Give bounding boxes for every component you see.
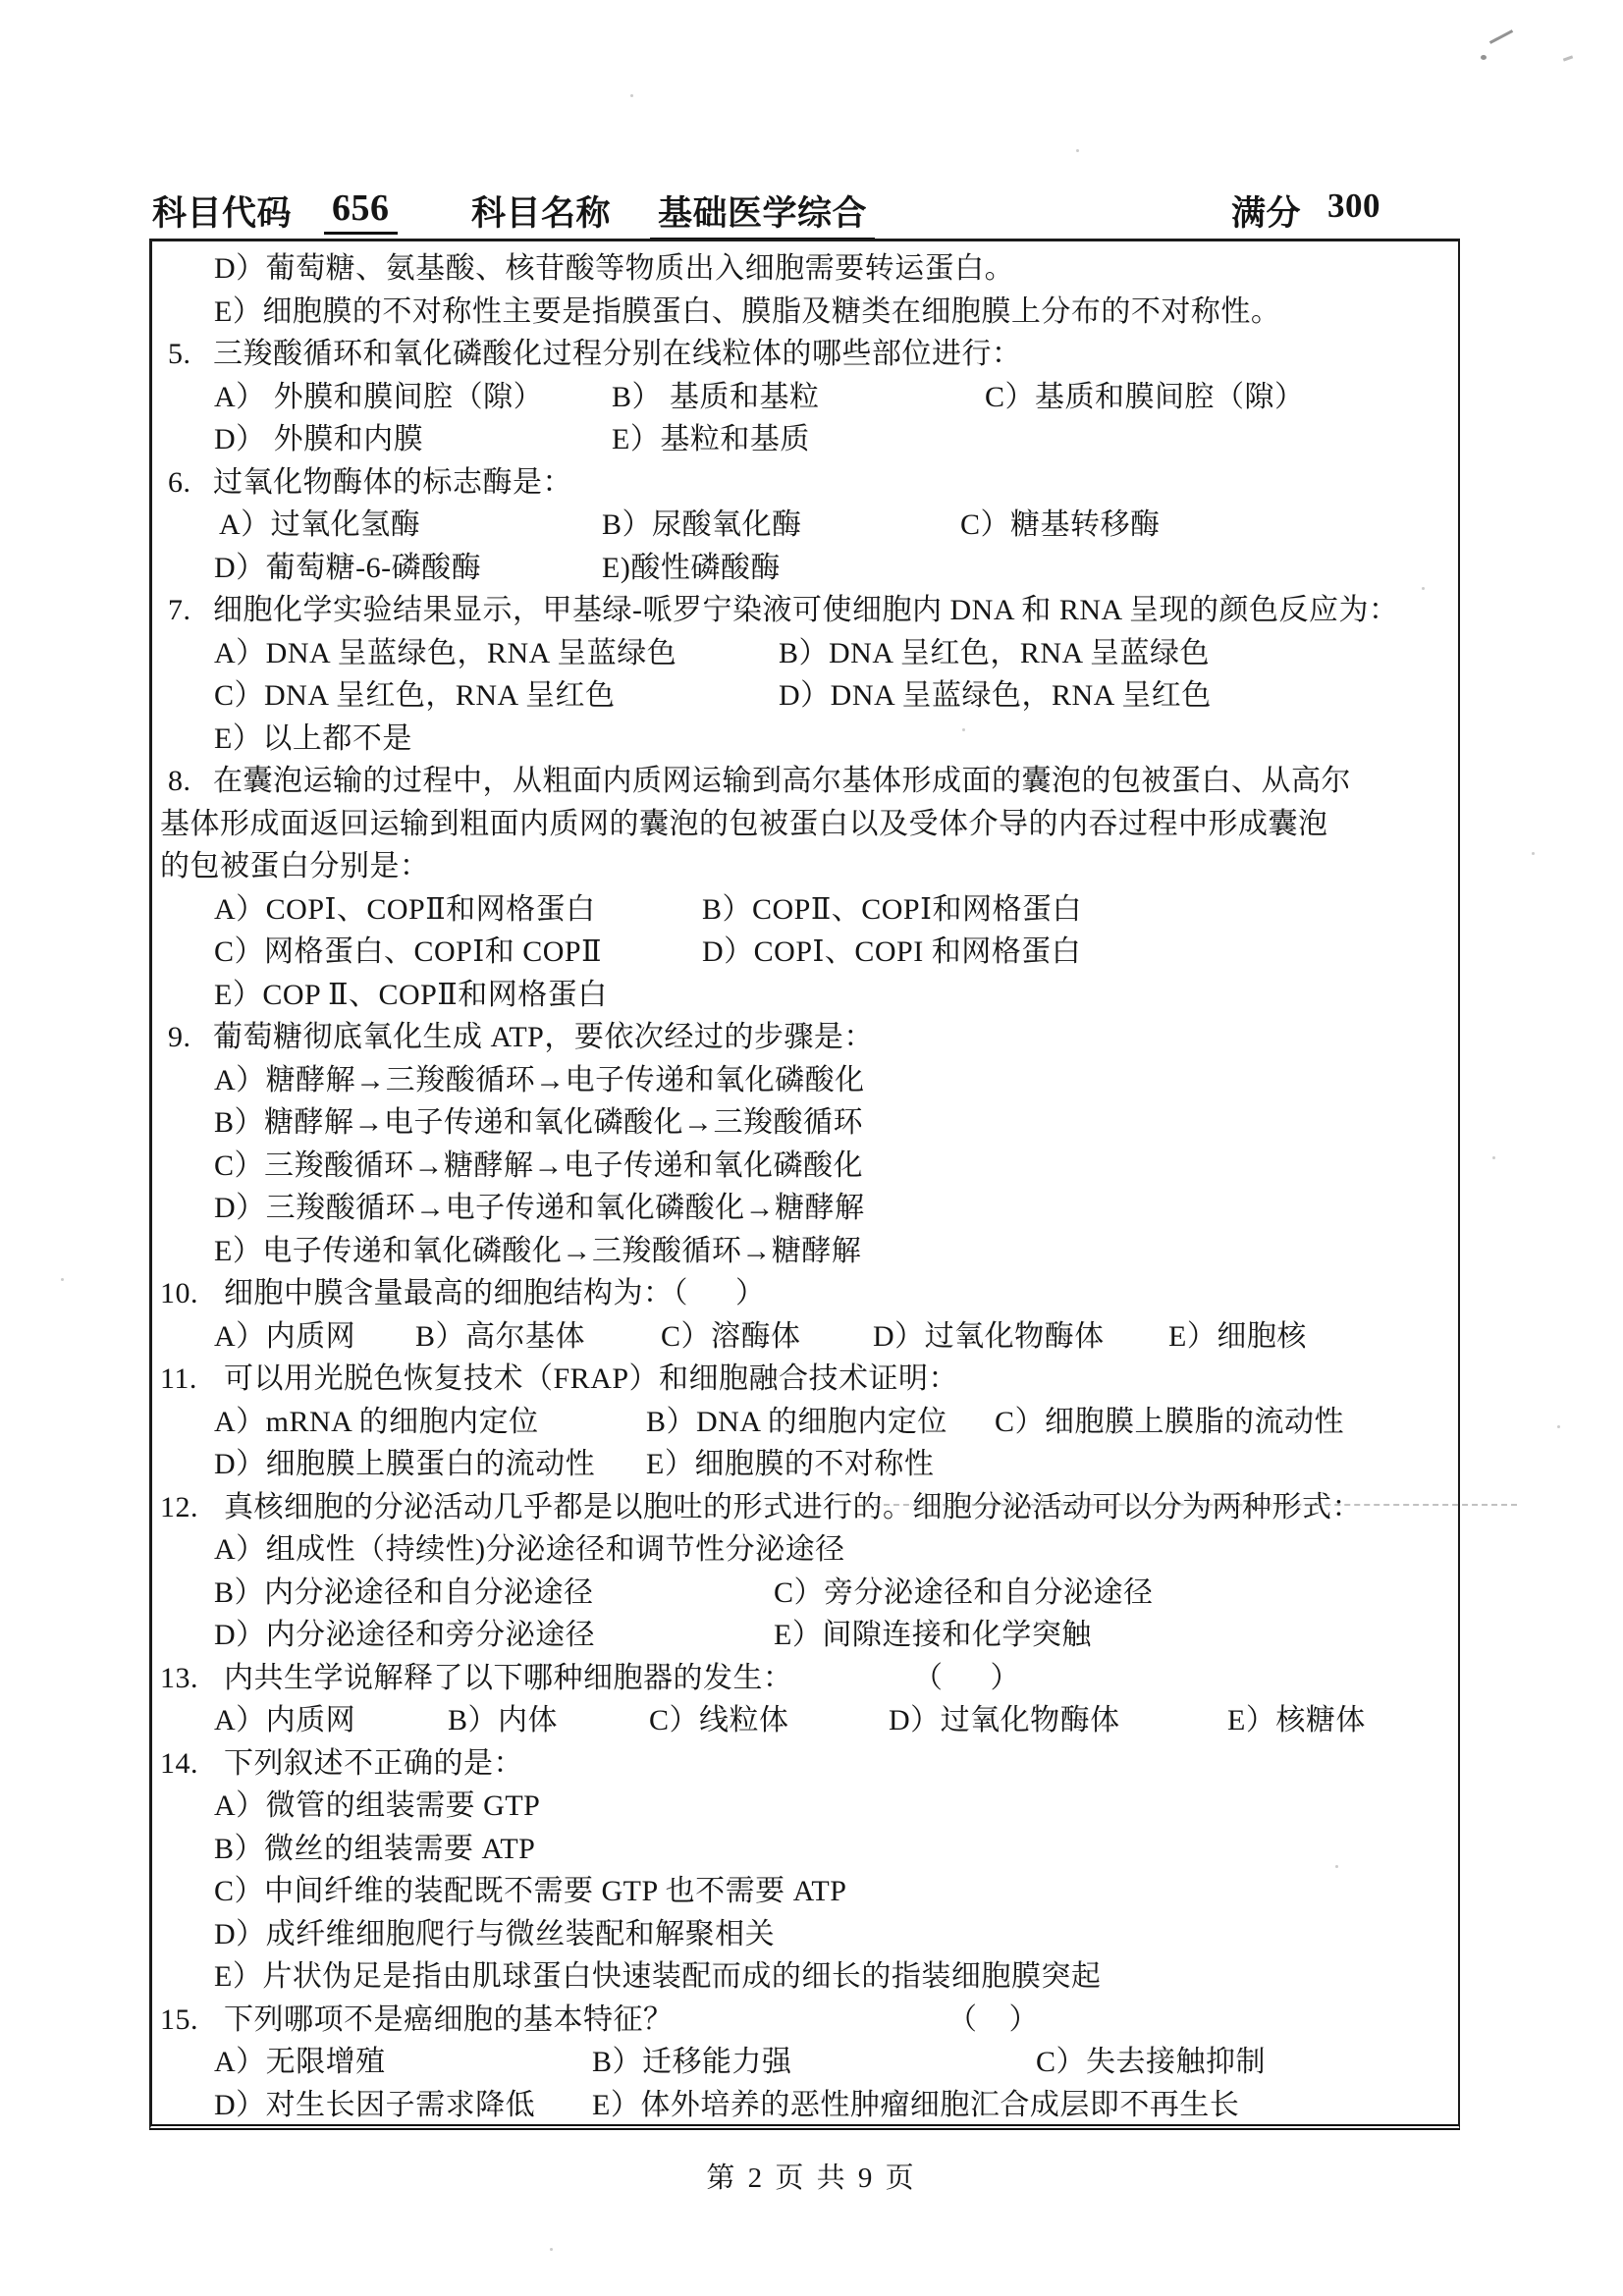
question-15-answer-blank: （ ） — [947, 1999, 1039, 2042]
question-12-option-e: E）间隙连接和化学突触 — [774, 1614, 1092, 1657]
question-6-option-e: E)酸性磷酸酶 — [602, 547, 781, 590]
carryover-option-e-line: E）细胞膜的不对称性主要是指膜蛋白、膜脂及糖类在细胞膜上分布的不对称性。 — [152, 291, 1458, 334]
question-13-option-c: C）线粒体 — [649, 1699, 789, 1742]
question-6-option-a: A）过氧化氢酶 — [219, 504, 420, 547]
question-7-option-c: C）DNA 呈红色，RNA 呈红色 — [214, 674, 616, 718]
question-5-option-c: C）基质和膜间腔（隙） — [985, 376, 1305, 419]
question-5-number: 5. — [168, 333, 191, 376]
question-14-option-b-line: B）微丝的组装需要 ATP — [152, 1828, 1458, 1871]
question-13-option-a: A）内质网 — [214, 1699, 355, 1742]
question-11-option-d: D）细胞膜上膜蛋白的流动性 — [214, 1443, 595, 1486]
question-7-stem: 细胞化学实验结果显示，甲基绿-哌罗宁染液可使细胞内 DNA 和 RNA 呈现的颜… — [213, 589, 1399, 632]
question-13-number: 13. — [160, 1657, 198, 1700]
question-5-option-a: A） 外膜和膜间腔（隙） — [214, 376, 543, 419]
question-9-option-a-line: A）糖酵解→三羧酸循环→电子传递和氧化磷酸化 — [152, 1059, 1458, 1102]
question-5-stem-line: 5. 三羧酸循环和氧化磷酸化过程分别在线粒体的哪些部位进行： — [152, 333, 1458, 376]
scan-speck — [1492, 1156, 1495, 1159]
question-9-option-a: A）糖酵解→三羧酸循环→电子传递和氧化磷酸化 — [214, 1059, 865, 1102]
question-6-option-b: B）尿酸氧化酶 — [602, 504, 802, 547]
question-5-options-row-2: D） 外膜和内膜 E）基粒和基质 — [152, 418, 1458, 461]
scan-speck — [1335, 1865, 1338, 1868]
full-score-label: 满分 — [1231, 187, 1301, 236]
question-7-options-row-1: A）DNA 呈蓝绿色，RNA 呈蓝绿色 B）DNA 呈红色，RNA 呈蓝绿色 — [152, 632, 1458, 675]
question-9-option-d: D）三羧酸循环→电子传递和氧化磷酸化→糖酵解 — [214, 1187, 865, 1230]
question-11-option-c: C）细胞膜上膜脂的流动性 — [995, 1401, 1344, 1444]
scan-dash-artifact — [864, 1504, 1517, 1506]
question-11-number: 11. — [160, 1358, 197, 1401]
subject-code-value: 656 — [324, 187, 398, 235]
question-14-option-d-line: D）成纤维细胞爬行与微丝装配和解聚相关 — [152, 1913, 1458, 1956]
question-14-stem: 下列叙述不正确的是： — [224, 1742, 523, 1786]
question-12-stem: 真核细胞的分泌活动几乎都是以胞吐的形式进行的。细胞分泌活动可以分为两种形式： — [224, 1486, 1362, 1529]
question-12-number: 12. — [160, 1486, 198, 1529]
question-15-number: 15. — [160, 1999, 198, 2042]
question-11-option-b: B）DNA 的细胞内定位 — [646, 1401, 947, 1444]
question-12-options-row-3: D）内分泌途径和旁分泌途径 E）间隙连接和化学突触 — [152, 1614, 1458, 1657]
question-12-stem-line: 12. 真核细胞的分泌活动几乎都是以胞吐的形式进行的。细胞分泌活动可以分为两种形… — [152, 1486, 1458, 1529]
question-13-option-e: E）核糖体 — [1227, 1699, 1366, 1742]
question-8-stem-line-1: 8. 在囊泡运输的过程中，从粗面内质网运输到高尔基体形成面的囊泡的包被蛋白、从高… — [152, 760, 1458, 803]
scan-smudge — [1563, 55, 1573, 61]
question-10-options-row: A）内质网 B）高尔基体 C）溶酶体 D）过氧化物酶体 E）细胞核 — [152, 1315, 1458, 1359]
question-13-answer-blank: （ ） — [913, 1657, 1020, 1700]
question-11-stem: 可以用光脱色恢复技术（FRAP）和细胞融合技术证明： — [224, 1358, 958, 1401]
question-14-option-e-line: E）片状伪足是指由肌球蛋白快速装配而成的细长的指装细胞膜突起 — [152, 1955, 1458, 1999]
subject-code-label: 科目代码 — [152, 187, 292, 236]
question-9-option-d-line: D）三羧酸循环→电子传递和氧化磷酸化→糖酵解 — [152, 1187, 1458, 1230]
question-11-stem-line: 11. 可以用光脱色恢复技术（FRAP）和细胞融合技术证明： — [152, 1358, 1458, 1401]
question-5-options-row-1: A） 外膜和膜间腔（隙） B） 基质和基粒 C）基质和膜间腔（隙） — [152, 376, 1458, 419]
question-15-options-row-2: D）对生长因子需求降低 E）体外培养的恶性肿瘤细胞汇合成层即不再生长 — [152, 2084, 1458, 2127]
question-10-stem-line: 10. 细胞中膜含量最高的细胞结构为：（ ） — [152, 1272, 1458, 1315]
exam-paper-page-2: 科目代码 656 科目名称 基础医学综合 满分 300 D）葡萄糖、氨基酸、核苷… — [0, 0, 1623, 2296]
question-6-number: 6. — [168, 461, 191, 505]
question-6-option-c: C）糖基转移酶 — [960, 504, 1161, 547]
question-13-option-d: D）过氧化物酶体 — [889, 1699, 1120, 1742]
question-14-option-c: C）中间纤维的装配既不需要 GTP 也不需要 ATP — [214, 1870, 846, 1913]
question-13-options-row: A）内质网 B）内体 C）线粒体 D）过氧化物酶体 E）核糖体 — [152, 1699, 1458, 1742]
question-9-option-e: E）电子传递和氧化磷酸化→三羧酸循环→糖酵解 — [214, 1230, 861, 1273]
question-10-option-b: B）高尔基体 — [415, 1315, 585, 1359]
questions-box: D）葡萄糖、氨基酸、核苷酸等物质出入细胞需要转运蛋白。 E）细胞膜的不对称性主要… — [149, 239, 1460, 2130]
question-7-stem-line: 7. 细胞化学实验结果显示，甲基绿-哌罗宁染液可使细胞内 DNA 和 RNA 呈… — [152, 589, 1458, 632]
question-9-option-c: C）三羧酸循环→糖酵解→电子传递和氧化磷酸化 — [214, 1145, 863, 1188]
question-8-stem-1: 在囊泡运输的过程中，从粗面内质网运输到高尔基体形成面的囊泡的包被蛋白、从高尔 — [213, 760, 1351, 803]
carryover-option-d-line: D）葡萄糖、氨基酸、核苷酸等物质出入细胞需要转运蛋白。 — [152, 247, 1458, 291]
scan-speck — [962, 728, 965, 731]
scan-speck — [1422, 587, 1425, 590]
carryover-option-e: E）细胞膜的不对称性主要是指膜蛋白、膜脂及糖类在细胞膜上分布的不对称性。 — [214, 291, 1280, 334]
question-8-options-row-2: C）网格蛋白、COPⅠ和 COPⅡ D）COPⅠ、COPI 和网格蛋白 — [152, 931, 1458, 974]
question-14-stem-line: 14. 下列叙述不正确的是： — [152, 1742, 1458, 1786]
question-12-option-b: B）内分泌途径和自分泌途径 — [214, 1572, 594, 1615]
question-13-option-b: B）内体 — [448, 1699, 558, 1742]
question-9-number: 9. — [168, 1016, 191, 1059]
question-10-stem: 细胞中膜含量最高的细胞结构为：（ ） — [224, 1272, 766, 1315]
subject-name-value: 基础医学综合 — [650, 187, 875, 240]
question-6-options-row-1: A）过氧化氢酶 B）尿酸氧化酶 C）糖基转移酶 — [152, 504, 1458, 547]
question-8-option-a: A）COPⅠ、COPⅡ和网格蛋白 — [214, 888, 596, 932]
question-14-option-a-line: A）微管的组装需要 GTP — [152, 1785, 1458, 1828]
question-8-option-e: E）COP Ⅱ、COPⅡ和网格蛋白 — [214, 974, 608, 1017]
question-9-option-b: B）糖酵解→电子传递和氧化磷酸化→三羧酸循环 — [214, 1101, 863, 1145]
question-7-option-d: D）DNA 呈蓝绿色，RNA 呈红色 — [779, 674, 1212, 718]
question-10-option-d: D）过氧化物酶体 — [873, 1315, 1105, 1359]
question-8-option-d: D）COPⅠ、COPI 和网格蛋白 — [702, 931, 1081, 974]
question-7-option-b: B）DNA 呈红色，RNA 呈蓝绿色 — [779, 632, 1210, 675]
question-6-option-d: D）葡萄糖-6-磷酸酶 — [214, 547, 481, 590]
full-score-value: 300 — [1327, 187, 1380, 226]
question-10-number: 10. — [160, 1272, 198, 1315]
question-5-option-b: B） 基质和基粒 — [612, 376, 820, 419]
question-12-option-c: C）旁分泌途径和自分泌途径 — [774, 1572, 1154, 1615]
question-14-option-b: B）微丝的组装需要 ATP — [214, 1828, 535, 1871]
question-8-options-row-1: A）COPⅠ、COPⅡ和网格蛋白 B）COPⅡ、COPⅠ和网格蛋白 — [152, 888, 1458, 932]
question-9-option-e-line: E）电子传递和氧化磷酸化→三羧酸循环→糖酵解 — [152, 1230, 1458, 1273]
question-9-option-b-line: B）糖酵解→电子传递和氧化磷酸化→三羧酸循环 — [152, 1101, 1458, 1145]
question-8-stem-2: 基体形成面返回运输到粗面内质网的囊泡的包被蛋白以及受体介导的内吞过程中形成囊泡 — [160, 803, 1328, 846]
question-10-option-a: A）内质网 — [214, 1315, 355, 1359]
question-9-stem: 葡萄糖彻底氧化生成 ATP，要依次经过的步骤是： — [213, 1016, 874, 1059]
question-5-option-d: D） 外膜和内膜 — [214, 418, 423, 461]
question-12-option-d: D）内分泌途径和旁分泌途径 — [214, 1614, 595, 1657]
scan-speck — [630, 94, 633, 97]
question-10-option-e: E）细胞核 — [1168, 1315, 1307, 1359]
question-8-stem-3: 的包被蛋白分别是： — [160, 845, 430, 888]
question-13-stem-line: 13. 内共生学说解释了以下哪种细胞器的发生： （ ） — [152, 1657, 1458, 1700]
question-8-option-b: B）COPⅡ、COPⅠ和网格蛋白 — [702, 888, 1082, 932]
scan-speck — [1076, 149, 1079, 152]
question-6-stem: 过氧化物酶体的标志酶是： — [213, 461, 572, 505]
question-11-options-row-1: A）mRNA 的细胞内定位 B）DNA 的细胞内定位 C）细胞膜上膜脂的流动性 — [152, 1401, 1458, 1444]
question-14-option-a: A）微管的组装需要 GTP — [214, 1785, 540, 1828]
paper-header: 科目代码 656 科目名称 基础医学综合 满分 300 — [0, 187, 1623, 236]
question-15-option-e: E）体外培养的恶性肿瘤细胞汇合成层即不再生长 — [592, 2084, 1239, 2127]
question-7-number: 7. — [168, 589, 191, 632]
question-12-option-a-line: A）组成性（持续性)分泌途径和调节性分泌途径 — [152, 1528, 1458, 1572]
question-14-option-e: E）片状伪足是指由肌球蛋白快速装配而成的细长的指装细胞膜突起 — [214, 1955, 1101, 1999]
question-8-stem-line-2: 基体形成面返回运输到粗面内质网的囊泡的包被蛋白以及受体介导的内吞过程中形成囊泡 — [152, 803, 1458, 846]
question-15-option-a: A）无限增殖 — [214, 2041, 386, 2084]
subject-name-label: 科目名称 — [471, 187, 611, 236]
question-7-option-a: A）DNA 呈蓝绿色，RNA 呈蓝绿色 — [214, 632, 676, 675]
question-6-options-row-2: D）葡萄糖-6-磷酸酶 E)酸性磷酸酶 — [152, 547, 1458, 590]
question-11-option-a: A）mRNA 的细胞内定位 — [214, 1401, 539, 1444]
pen-mark-dot — [1481, 55, 1487, 60]
scan-speck — [1532, 852, 1535, 855]
carryover-option-d: D）葡萄糖、氨基酸、核苷酸等物质出入细胞需要转运蛋白。 — [214, 247, 1014, 291]
question-14-option-c-line: C）中间纤维的装配既不需要 GTP 也不需要 ATP — [152, 1870, 1458, 1913]
question-9-option-c-line: C）三羧酸循环→糖酵解→电子传递和氧化磷酸化 — [152, 1145, 1458, 1188]
question-11-options-row-2: D）细胞膜上膜蛋白的流动性 E）细胞膜的不对称性 — [152, 1443, 1458, 1486]
question-8-options-row-3: E）COP Ⅱ、COPⅡ和网格蛋白 — [152, 974, 1458, 1017]
question-15-options-row-1: A）无限增殖 B）迁移能力强 C）失去接触抑制 — [152, 2041, 1458, 2084]
scan-speck — [61, 1278, 64, 1281]
scan-speck — [550, 2248, 553, 2251]
question-9-stem-line: 9. 葡萄糖彻底氧化生成 ATP，要依次经过的步骤是： — [152, 1016, 1458, 1059]
question-14-number: 14. — [160, 1742, 198, 1786]
question-12-options-row-2: B）内分泌途径和自分泌途径 C）旁分泌途径和自分泌途径 — [152, 1572, 1458, 1615]
question-7-options-row-3: E）以上都不是 — [152, 718, 1458, 761]
page-footer: 第 2 页 共 9 页 — [0, 2156, 1623, 2196]
question-8-number: 8. — [168, 760, 191, 803]
question-15-option-b: B）迁移能力强 — [592, 2041, 792, 2084]
question-14-option-d: D）成纤维细胞爬行与微丝装配和解聚相关 — [214, 1913, 775, 1956]
question-7-option-e: E）以上都不是 — [214, 718, 412, 761]
scan-speck — [1557, 1425, 1560, 1428]
pen-mark — [1489, 29, 1513, 44]
question-8-option-c: C）网格蛋白、COPⅠ和 COPⅡ — [214, 931, 602, 974]
question-6-stem-line: 6. 过氧化物酶体的标志酶是： — [152, 461, 1458, 505]
question-11-option-e: E）细胞膜的不对称性 — [646, 1443, 934, 1486]
question-5-option-e: E）基粒和基质 — [612, 418, 810, 461]
question-15-option-d: D）对生长因子需求降低 — [214, 2084, 535, 2127]
question-15-stem-line: 15. 下列哪项不是癌细胞的基本特征？ （ ） — [152, 1999, 1458, 2042]
question-8-stem-line-3: 的包被蛋白分别是： — [152, 845, 1458, 888]
question-15-stem: 下列哪项不是癌细胞的基本特征？ — [224, 1999, 674, 2042]
question-10-option-c: C）溶酶体 — [661, 1315, 801, 1359]
question-7-options-row-2: C）DNA 呈红色，RNA 呈红色 D）DNA 呈蓝绿色，RNA 呈红色 — [152, 674, 1458, 718]
question-13-stem: 内共生学说解释了以下哪种细胞器的发生： — [224, 1657, 793, 1700]
question-15-option-c: C）失去接触抑制 — [1036, 2041, 1266, 2084]
question-5-stem: 三羧酸循环和氧化磷酸化过程分别在线粒体的哪些部位进行： — [213, 333, 1022, 376]
question-12-option-a: A）组成性（持续性)分泌途径和调节性分泌途径 — [214, 1528, 845, 1572]
